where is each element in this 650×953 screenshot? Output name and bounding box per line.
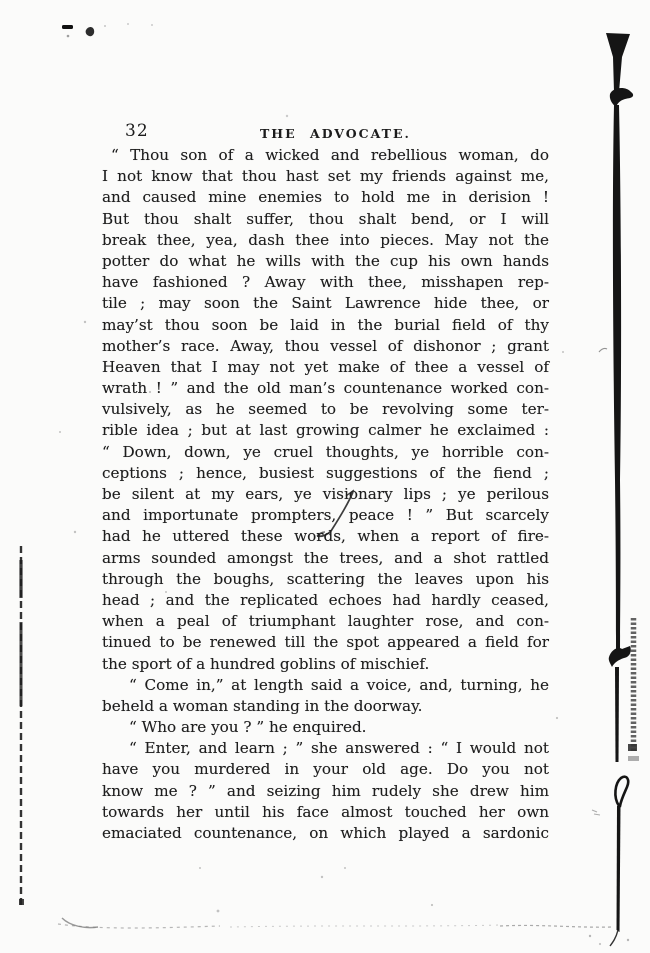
paragraph: “ Thou son of a wicked and rebellious wo… [102, 145, 549, 675]
running-head: THE ADVOCATE. [260, 126, 411, 141]
page-number: 32 [125, 121, 149, 141]
top-ink-marks-icon [62, 23, 288, 117]
text-line: But thou shalt suffer, thou shalt bend, … [102, 209, 549, 230]
bottom-speckle-band-icon [58, 918, 629, 945]
text-line: ceptions ; hence, busiest suggestions of… [102, 463, 549, 484]
text-line: “ Thou son of a wicked and rebellious wo… [102, 145, 549, 166]
paragraph: “ Enter, and learn ; ” she answered : “ … [102, 738, 549, 844]
binding-stripe-icon [606, 33, 633, 946]
text-line: arms sounded amongst the trees, and a sh… [102, 548, 549, 569]
text-line: “ Enter, and learn ; ” she answered : “ … [102, 738, 549, 759]
text-line: had he uttered these words, when a repor… [102, 526, 549, 547]
text-line: mother’s race. Away, thou vessel of dish… [102, 336, 549, 357]
text-line: when a peal of triumphant laughter rose,… [102, 611, 549, 632]
text-line: Heaven that I may not yet make of thee a… [102, 357, 549, 378]
text-line: head ; and the replicated echoes had har… [102, 590, 549, 611]
text-line: towards her until his face almost touche… [102, 802, 549, 823]
text-line: emaciated countenance, on which played a… [102, 823, 549, 844]
binding-texture-icon [592, 348, 639, 815]
text-line: may’st thou soon be laid in the burial f… [102, 315, 549, 336]
text-line: tinued to be renewed till the spot appea… [102, 632, 549, 653]
text-line: “ Who are you ? ” he enquired. [102, 717, 549, 738]
text-line: the sport of a hundred goblins of mischi… [102, 654, 549, 675]
text-line: have fashioned ? Away with thee, misshap… [102, 272, 549, 293]
paragraph: “ Who are you ? ” he enquired. [102, 717, 549, 738]
text-line: break thee, yea, dash thee into pieces. … [102, 230, 549, 251]
text-line: and importunate prompters, peace ! ” But… [102, 505, 549, 526]
page-header: 32 THE ADVOCATE. [103, 121, 549, 143]
paragraph: “ Come in,” at length said a voice, and,… [102, 675, 549, 717]
text-line: “ Come in,” at length said a voice, and,… [102, 675, 549, 696]
text-line: tile ; may soon the Saint Lawrence hide … [102, 293, 549, 314]
text-line: vulsively, as he seemed to be revolving … [102, 399, 549, 420]
text-line: I not know that thou hast set my friends… [102, 166, 549, 187]
text-line: have you murdered in your old age. Do yo… [102, 759, 549, 780]
text-line: through the boughs, scattering the leave… [102, 569, 549, 590]
scanned-page: 32 THE ADVOCATE. “ Thou son of a wicked … [0, 0, 650, 953]
text-line: “ Down, down, ye cruel thoughts, ye horr… [102, 442, 549, 463]
text-line: rible idea ; but at last growing calmer … [102, 420, 549, 441]
text-line: wrath ! ” and the old man’s countenance … [102, 378, 549, 399]
text-line: be silent at my ears, ye visionary lips … [102, 484, 549, 505]
body-text: “ Thou son of a wicked and rebellious wo… [102, 145, 549, 844]
text-line: and caused mine enemies to hold me in de… [102, 187, 549, 208]
text-line: potter do what he wills with the cup his… [102, 251, 549, 272]
text-line: know me ? ” and seizing him rudely she d… [102, 781, 549, 802]
text-line: beheld a woman standing in the doorway. [102, 696, 549, 717]
left-margin-line-icon [19, 546, 24, 906]
